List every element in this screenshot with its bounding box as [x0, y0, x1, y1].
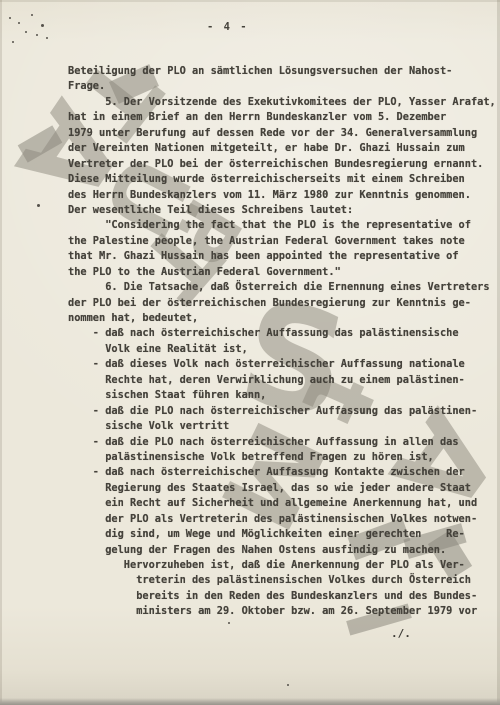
- text-line: - daß dieses Volk nach österreichischer …: [68, 357, 500, 372]
- scanned-document-page: TAÜPTStMA - 4 - Beteiligung der PLO an s…: [0, 0, 500, 705]
- text-line: sische Volk vertritt: [68, 419, 500, 434]
- text-line: dig sind, um Wege und Möglichkeiten eine…: [68, 527, 500, 542]
- text-line: - daß nach österreichischer Auffassung K…: [68, 465, 500, 480]
- text-line: 1979 unter Berufung auf dessen Rede vor …: [68, 126, 500, 141]
- scan-speck: [12, 41, 14, 43]
- scan-speck: [287, 684, 289, 686]
- text-line: the Palestine people, the Austrian Feder…: [68, 234, 500, 249]
- scan-speck: [18, 22, 20, 24]
- scan-speck: [25, 31, 27, 33]
- text-line: gelung der Fragen des Nahen Ostens ausfi…: [68, 543, 500, 558]
- page-number: - 4 -: [207, 21, 249, 33]
- text-line: Diese Mitteilung wurde österreichischers…: [68, 172, 500, 187]
- scan-speck: [9, 17, 11, 19]
- text-line: Vertreter der PLO bei der österreichisch…: [68, 157, 500, 172]
- text-line: Regierung des Staates Israel, das so wie…: [68, 481, 500, 496]
- text-line: Der wesentliche Teil dieses Schreibens l…: [68, 203, 500, 218]
- document-body: Beteiligung der PLO an sämtlichen Lösung…: [68, 64, 500, 620]
- text-line: that Mr. Ghazi Hussain has been appointe…: [68, 249, 500, 264]
- text-line: Beteiligung der PLO an sämtlichen Lösung…: [68, 64, 500, 79]
- text-line: der PLO bei der österreichischen Bundesr…: [68, 296, 500, 311]
- text-line: palästinensische Volk betreffend Fragen …: [68, 450, 500, 465]
- text-line: des Herrn Bundeskanzlers vom 11. März 19…: [68, 188, 500, 203]
- text-line: nommen hat, bedeutet,: [68, 311, 500, 326]
- text-line: - daß die PLO nach österreichischer Auff…: [68, 435, 500, 450]
- text-line: Hervorzuheben ist, daß die Anerkennung d…: [68, 558, 500, 573]
- scan-speck: [41, 24, 44, 27]
- text-line: - daß nach österreichischer Auffassung d…: [68, 326, 500, 341]
- text-line: - daß die PLO nach österreichischer Auff…: [68, 404, 500, 419]
- text-line: ministers am 29. Oktober bzw. am 26. Sep…: [68, 604, 500, 619]
- text-line: bereits in den Reden des Bundeskanzlers …: [68, 589, 500, 604]
- scan-speck: [31, 14, 33, 16]
- text-line: "Considering the fact that the PLO is th…: [68, 218, 500, 233]
- scan-speck: [46, 37, 48, 39]
- continuation-mark: ./.: [391, 627, 411, 640]
- scan-speck: [228, 622, 230, 624]
- text-line: 5. Der Vorsitzende des Exekutivkomitees …: [68, 95, 500, 110]
- text-line: sischen Staat führen kann,: [68, 388, 500, 403]
- scan-speck: [37, 204, 40, 207]
- text-line: der PLO als Vertreterin des palästinensi…: [68, 512, 500, 527]
- document-content: - 4 - Beteiligung der PLO an sämtlichen …: [0, 0, 500, 705]
- text-line: treterin des palästinensischen Volkes du…: [68, 573, 500, 588]
- text-line: 6. Die Tatsache, daß Österreich die Erne…: [68, 280, 500, 295]
- text-line: Frage.: [68, 79, 500, 94]
- scan-speck: [36, 34, 38, 36]
- text-line: Volk eine Realität ist,: [68, 342, 500, 357]
- text-line: ein Recht auf Sicherheit und allgemeine …: [68, 496, 500, 511]
- text-line: Rechte hat, deren Verwirklichung auch zu…: [68, 373, 500, 388]
- text-line: hat in einem Brief an den Herrn Bundeska…: [68, 110, 500, 125]
- text-line: the PLO to the Austrian Federal Governme…: [68, 265, 500, 280]
- text-line: der Vereinten Nationen mitgeteilt, er ha…: [68, 141, 500, 156]
